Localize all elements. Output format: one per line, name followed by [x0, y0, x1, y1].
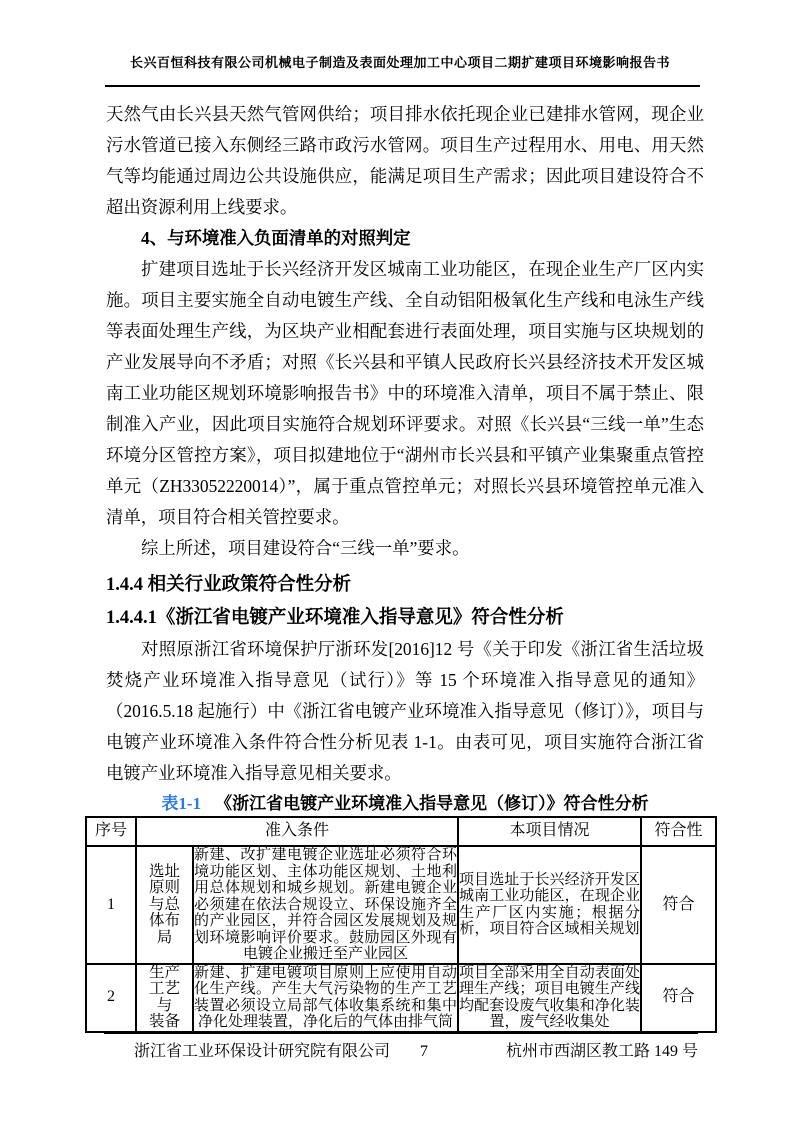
paragraph-negative-list-heading: 4、与环境准入负面清单的对照判定 [106, 223, 704, 254]
footer-address: 杭州市西湖区教工路 149 号 [454, 1042, 698, 1062]
column-header-project: 本项目情况 [458, 817, 641, 846]
section-heading-1-4-4: 1.4.4 相关行业政策符合性分析 [106, 570, 704, 601]
paragraph-site-analysis: 扩建项目选址于长兴经济开发区城南工业功能区，在现企业生产厂区内实施。项目主要实施… [106, 254, 704, 533]
document-header: 长兴百恒科技有限公司机械电子制造及表面处理加工中心项目二期扩建项目环境影响报告书 [0, 0, 800, 87]
header-rule [105, 85, 700, 87]
cell-condition: 新建、改扩建电镀企业选址必须符合环境功能区划、主体功能区规划、土地利用总体规划和… [193, 846, 458, 964]
paragraph-resources: 天然气由长兴县天然气管网供给；项目排水依托现企业已建排水管网，现企业污水管道已接… [106, 99, 704, 223]
cell-project-situation: 项目全部采用全自动表面处理生产线；项目电镀生产线均配套设废气收集和净化装置，废气… [458, 964, 641, 1032]
table-row: 2 生产 工艺 与 装备 新建、扩建电镀项目原则上应使用自动化生产线。产生大气污… [86, 964, 716, 1032]
footer-page-number: 7 [394, 1042, 454, 1062]
document-body: 天然气由长兴县天然气管网供给；项目排水依托现企业已建排水管网，现企业污水管道已接… [106, 99, 704, 1033]
table-caption-title: 《浙江省电镀产业环境准入指导意见（修订）》符合性分析 [215, 794, 649, 813]
cell-category: 选址 原则 与总 体布 局 [136, 846, 193, 964]
table-caption: 表1-1《浙江省电镀产业环境准入指导意见（修订）》符合性分析 [106, 791, 704, 816]
table-row: 1 选址 原则 与总 体布 局 新建、改扩建电镀企业选址必须符合环境功能区划、主… [86, 846, 716, 964]
cell-category: 生产 工艺 与 装备 [136, 964, 193, 1032]
section-heading-1-4-4-1: 1.4.4.1《浙江省电镀产业环境准入指导意见》符合性分析 [106, 603, 704, 634]
cell-row-number: 1 [86, 846, 136, 964]
table-header-row: 序号 准入条件 本项目情况 符合性 [86, 817, 716, 846]
cell-row-number: 2 [86, 964, 136, 1032]
paragraph-conclusion: 综上所述，项目建设符合“三线一单”要求。 [106, 533, 704, 564]
paragraph-policy-compliance: 对照原浙江省环境保护厅浙环发[2016]12 号《关于印发《浙江省生活垃圾焚烧产… [106, 634, 704, 789]
header-title: 长兴百恒科技有限公司机械电子制造及表面处理加工中心项目二期扩建项目环境影响报告书 [0, 0, 800, 72]
cell-condition: 新建、扩建电镀项目原则上应使用自动化生产线。产生大气污染物的生产工艺装置必须设立… [193, 964, 458, 1032]
column-header-compliance: 符合性 [641, 817, 716, 846]
column-header-condition: 准入条件 [136, 817, 458, 846]
cell-compliance: 符合 [641, 964, 716, 1032]
document-page: 长兴百恒科技有限公司机械电子制造及表面处理加工中心项目二期扩建项目环境影响报告书… [0, 0, 800, 1132]
compliance-table: 序号 准入条件 本项目情况 符合性 1 选址 原则 与总 体布 局 新建、改扩建… [85, 816, 717, 1033]
table-caption-label: 表1-1 [161, 794, 201, 813]
cell-project-situation: 项目选址于长兴经济开发区城南工业功能区，在现企业生产厂区内实施；根据分析，项目符… [458, 846, 641, 964]
footer-company: 浙江省工业环保设计研究院有限公司 [104, 1042, 394, 1062]
column-header-no: 序号 [86, 817, 136, 846]
page-footer: 浙江省工业环保设计研究院有限公司 7 杭州市西湖区教工路 149 号 [104, 1032, 698, 1062]
cell-compliance: 符合 [641, 846, 716, 964]
